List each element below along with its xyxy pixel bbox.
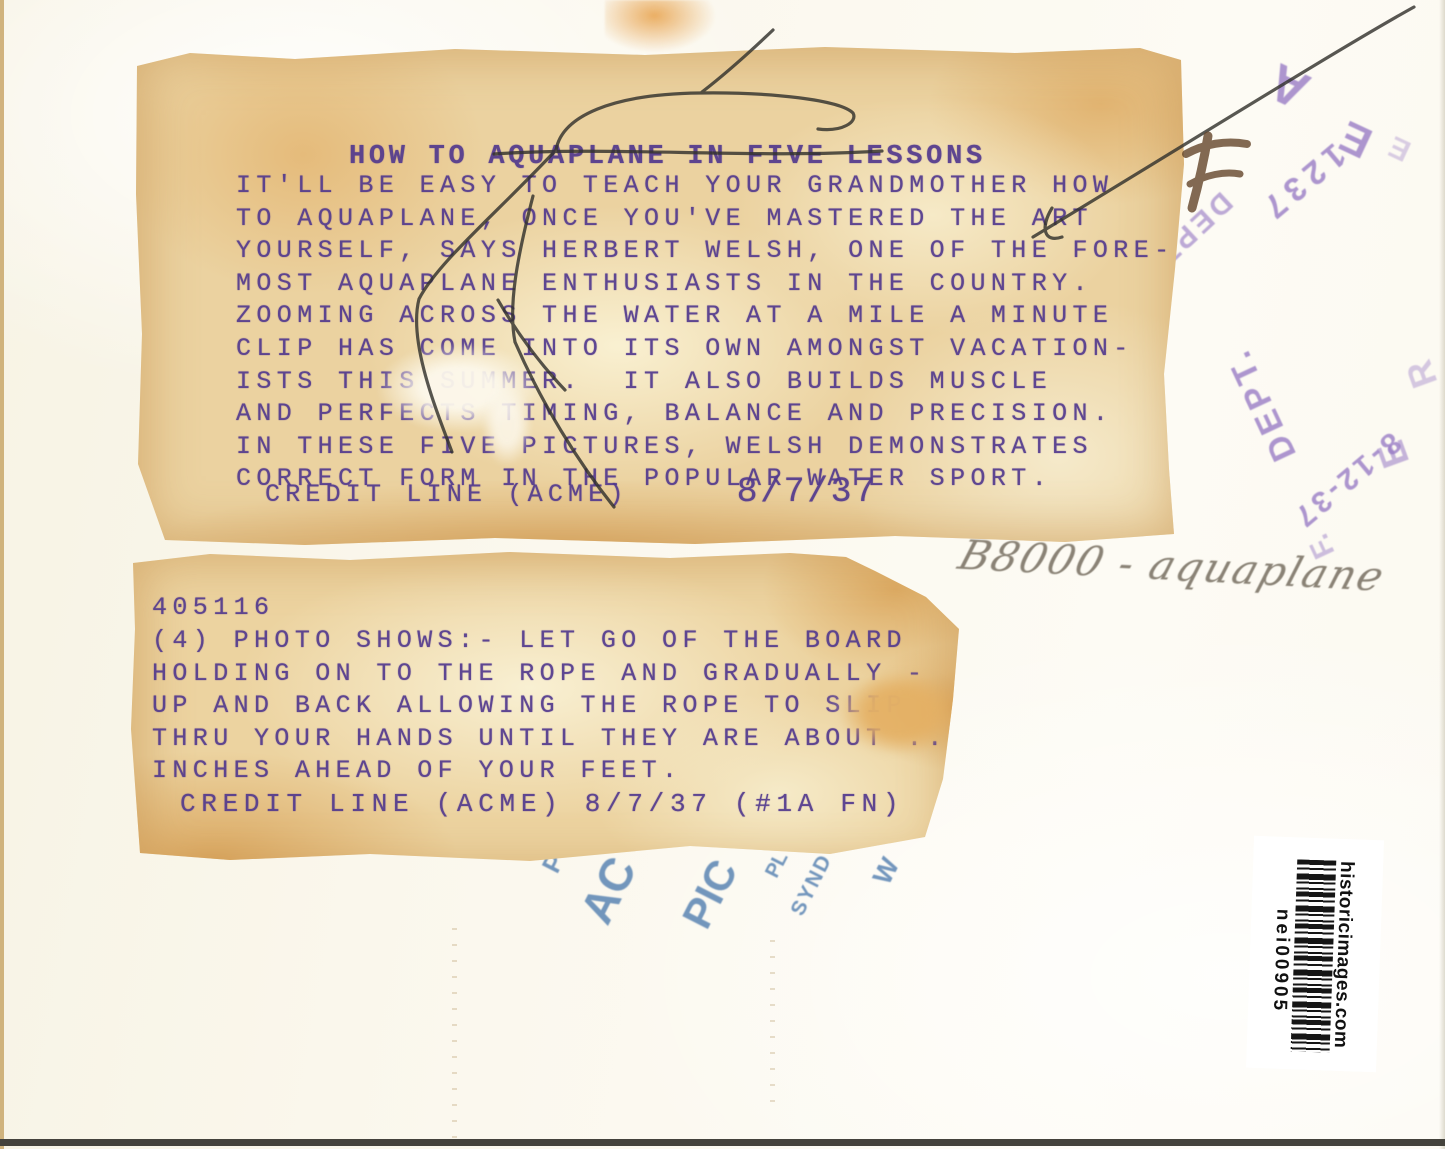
- photo-left-edge: [0, 0, 4, 1149]
- agency-stamp-fragment: W: [860, 845, 912, 898]
- caption-line: IN THESE FIVE PICTURES, WELSH DEMONSTRAT…: [236, 431, 1175, 464]
- photo-right-edge: [1439, 0, 1445, 1149]
- credit-line: CREDIT LINE (ACME) 8/7/37 (#1A FN): [180, 789, 904, 819]
- stamp-letter-r: R: [1394, 346, 1445, 402]
- serial-number: 405116: [152, 593, 274, 622]
- barcode-id-text: nei00905: [1268, 908, 1294, 1013]
- caption-line: INCHES AHEAD OF YOUR FEET.: [152, 755, 948, 788]
- ref-dept-stamp-lower: DEPT.: [1211, 328, 1311, 481]
- caption-line: HOLDING ON TO THE ROPE AND GRADUALLY -: [152, 658, 948, 691]
- caption-line: ISTS THIS SUMMER. IT ALSO BUILDS MUSCLE: [236, 366, 1175, 399]
- caption-title: HOW TO AQUAPLANE IN FIVE LESSONS: [349, 142, 986, 172]
- press-photo-back-scan: HOW TO AQUAPLANE IN FIVE LESSONS IT'LL B…: [0, 0, 1445, 1149]
- agency-stamp-fragment: PIC: [662, 833, 758, 955]
- caption-line: AND PERFECTS TIMING, BALANCE AND PRECISI…: [236, 398, 1175, 431]
- barcode-block: historicimages.com nei00905: [1246, 836, 1384, 1072]
- caption-line: YOURSELF, SAYS HERBERT WELSH, ONE OF THE…: [236, 235, 1175, 268]
- stamp-letter-a: A: [1249, 46, 1329, 126]
- caption-line: (4) PHOTO SHOWS:- LET GO OF THE BOARD: [152, 625, 948, 658]
- caption-body: IT'LL BE EASY TO TEACH YOUR GRANDMOTHER …: [236, 170, 1175, 496]
- caption-line: UP AND BACK ALLOWING THE ROPE TO SLIP: [152, 690, 948, 723]
- caption-line: MOST AQUAPLANE ENTHUSIASTS IN THE COUNTR…: [236, 268, 1175, 301]
- caption-line: ZOOMING ACROSS THE WATER AT A MILE A MIN…: [236, 300, 1175, 333]
- paper-stain: [605, 0, 715, 52]
- foxing-speckles: [770, 940, 775, 1110]
- date-stamp-upper: 1237: [1237, 124, 1367, 242]
- caption-line: IT'LL BE EASY TO TEACH YOUR GRANDMOTHER …: [236, 170, 1175, 203]
- photo-caption-slip: 405116 (4) PHOTO SHOWS:- LET GO OF THE B…: [130, 549, 962, 879]
- credit-date: 8/7/37: [737, 472, 878, 512]
- credit-line-row: CREDIT LINE (ACME) 8/7/37: [265, 472, 878, 512]
- photo-bottom-edge: [0, 1139, 1445, 1146]
- caption-line: THRU YOUR HANDS UNTIL THEY ARE ABOUT ..: [152, 723, 948, 756]
- caption-slip: HOW TO AQUAPLANE IN FIVE LESSONS IT'LL B…: [135, 44, 1185, 547]
- photo-caption-body: (4) PHOTO SHOWS:- LET GO OF THE BOARD HO…: [152, 625, 948, 788]
- caption-line: CLIP HAS COME INTO ITS OWN AMONGST VACAT…: [236, 333, 1175, 366]
- caption-line: TO AQUAPLANE, ONCE YOU'VE MASTERED THE A…: [236, 203, 1175, 236]
- credit-line-label: CREDIT LINE (ACME): [265, 480, 629, 509]
- foxing-speckles: [452, 928, 457, 1138]
